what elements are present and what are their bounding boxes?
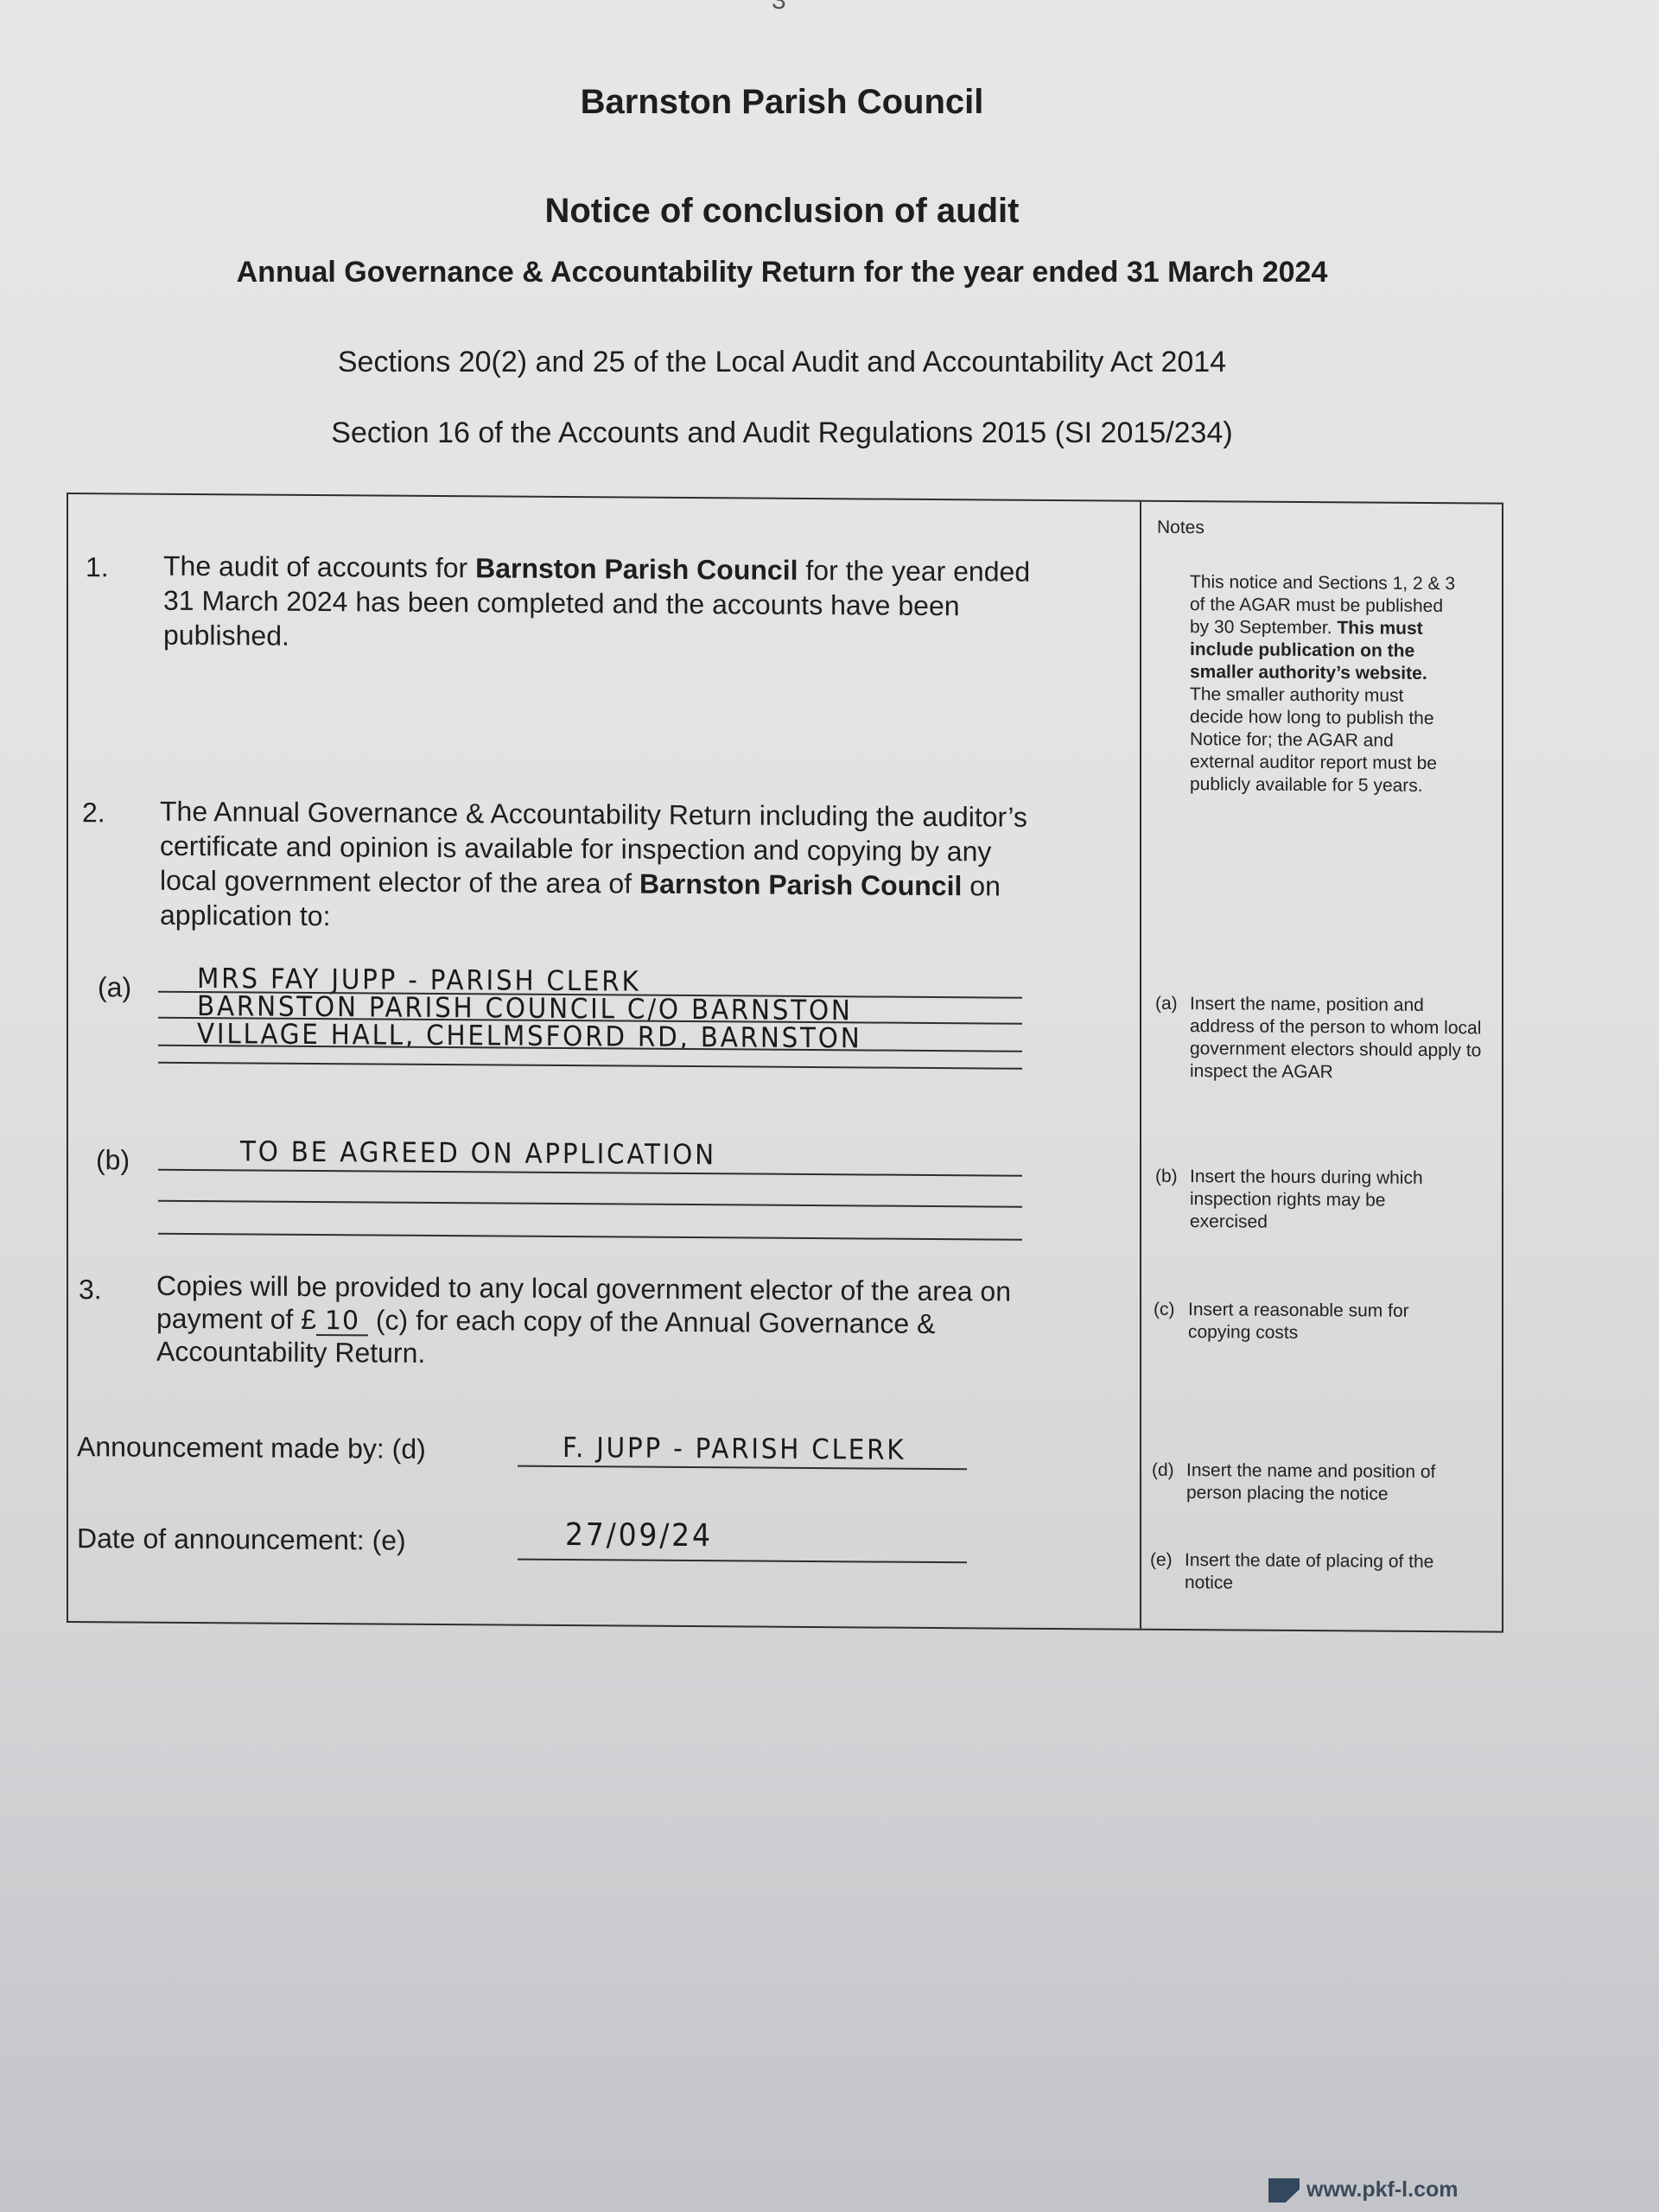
rule-line [158,1233,1022,1241]
item-2-line-4: application to: [160,898,1136,939]
notes-intro-line: This notice and Sections 1, 2 & 3 [1190,571,1518,596]
page-subtitle: Annual Governance & Accountability Retur… [0,256,1564,289]
announcement-made-by-field[interactable]: F. JUPP - PARISH CLERK [518,1431,967,1471]
item-1-line-3: published. [163,618,1131,659]
note-c-label: (c) [1154,1299,1188,1321]
item-1-number: 1. [86,551,109,583]
field-a-label: (a) [98,971,131,1003]
notes-intro-line: publicly available for 5 years. [1190,773,1518,798]
note-d-label: (d) [1152,1459,1186,1482]
note-c-text: Insert a reasonable sum for copying cost… [1188,1299,1447,1345]
field-b-label: (b) [96,1144,130,1176]
note-b-text: Insert the hours during which inspection… [1190,1166,1458,1235]
item-3-line-3: Accountability Return. [156,1335,1133,1375]
notes-intro-bold: smaller authority’s website. [1190,661,1518,686]
copy-fee-field[interactable]: 10 [316,1308,368,1336]
rule-line [158,1062,1022,1070]
item-1-council-name: Barnston Parish Council [475,552,798,586]
legal-reference-regulations: Section 16 of the Accounts and Audit Reg… [0,416,1564,450]
field-b-line-1[interactable]: TO BE AGREED ON APPLICATION [240,1135,716,1171]
notes-intro-line: decide how long to publish the [1190,706,1518,731]
item-3-text-b: (c) for each copy of the Annual Governan… [368,1304,935,1339]
column-divider [1140,502,1141,1629]
note-d-text: Insert the name and position of person p… [1186,1459,1471,1506]
field-a-contact-address[interactable]: MRS FAY JUPP - PARISH CLERK BARNSTON PAR… [158,962,1022,1077]
note-c: (c)Insert a reasonable sum for copying c… [1154,1299,1447,1345]
field-b-inspection-hours[interactable]: TO BE AGREED ON APPLICATION [158,1138,1022,1248]
notes-intro-line: external auditor report must be [1190,751,1518,776]
notes-intro-bold: include publication on the [1190,639,1518,664]
note-a-label: (a) [1155,993,1190,1015]
pkf-logo-icon [1268,2178,1300,2202]
note-a-text: Insert the name, position and address of… [1190,993,1484,1084]
item-1-text-b: for the year ended [798,555,1030,588]
notes-header: Notes [1157,518,1205,538]
item-1-text-a: The audit of accounts for [163,550,475,584]
item-2-number: 2. [82,797,105,829]
announcement-date-value[interactable]: 27/09/24 [565,1517,713,1554]
item-1-text: The audit of accounts for Barnston Paris… [163,549,1131,659]
notes-intro: This notice and Sections 1, 2 & 3 of the… [1190,571,1518,798]
rule-line [158,1200,1022,1208]
rule-line [518,1559,967,1564]
announcement-date-label: Date of announcement: (e) [77,1521,406,1558]
item-3-number: 3. [79,1274,102,1306]
item-2-text-b: on [962,870,1000,901]
notes-intro-line: of the AGAR must be published [1190,594,1518,619]
page-number: 3 [772,0,786,16]
note-d: (d)Insert the name and position of perso… [1152,1459,1471,1507]
legal-reference-act: Sections 20(2) and 25 of the Local Audit… [0,346,1564,379]
announcement-made-by-value[interactable]: F. JUPP - PARISH CLERK [563,1431,906,1466]
notes-intro-bold: This must [1337,618,1422,639]
announcement-made-by-label: Announcement made by: (d) [77,1429,426,1466]
item-3-text-a: payment of £ [156,1303,316,1335]
notes-intro-line: Notice for; the AGAR and [1190,728,1518,753]
item-2-text-a: local government elector of the area of [160,865,639,899]
note-e-label: (e) [1150,1549,1185,1572]
council-name: Barnston Parish Council [0,83,1564,122]
footer-website: www.pkf-l.com [1306,2177,1458,2202]
notes-intro-line: The smaller authority must [1190,683,1518,709]
note-e-text: Insert the date of placing of the notice [1185,1549,1470,1596]
page-title: Notice of conclusion of audit [0,192,1564,231]
item-2-text: The Annual Governance & Accountability R… [160,794,1136,939]
note-a: (a)Insert the name, position and address… [1155,993,1484,1085]
note-e: (e)Insert the date of placing of the not… [1150,1549,1470,1597]
announcement-date-field[interactable]: 27/09/24 [518,1509,967,1564]
item-2-council-name: Barnston Parish Council [639,868,962,902]
note-b-label: (b) [1155,1166,1190,1188]
notes-intro-line: by 30 September. [1190,617,1337,638]
item-1-line-2: 31 March 2024 has been completed and the… [163,583,1131,625]
note-b: (b)Insert the hours during which inspect… [1155,1166,1458,1235]
notice-form-table: 1. The audit of accounts for Barnston Pa… [67,493,1503,1633]
item-3-text: Copies will be provided to any local gov… [156,1269,1133,1375]
